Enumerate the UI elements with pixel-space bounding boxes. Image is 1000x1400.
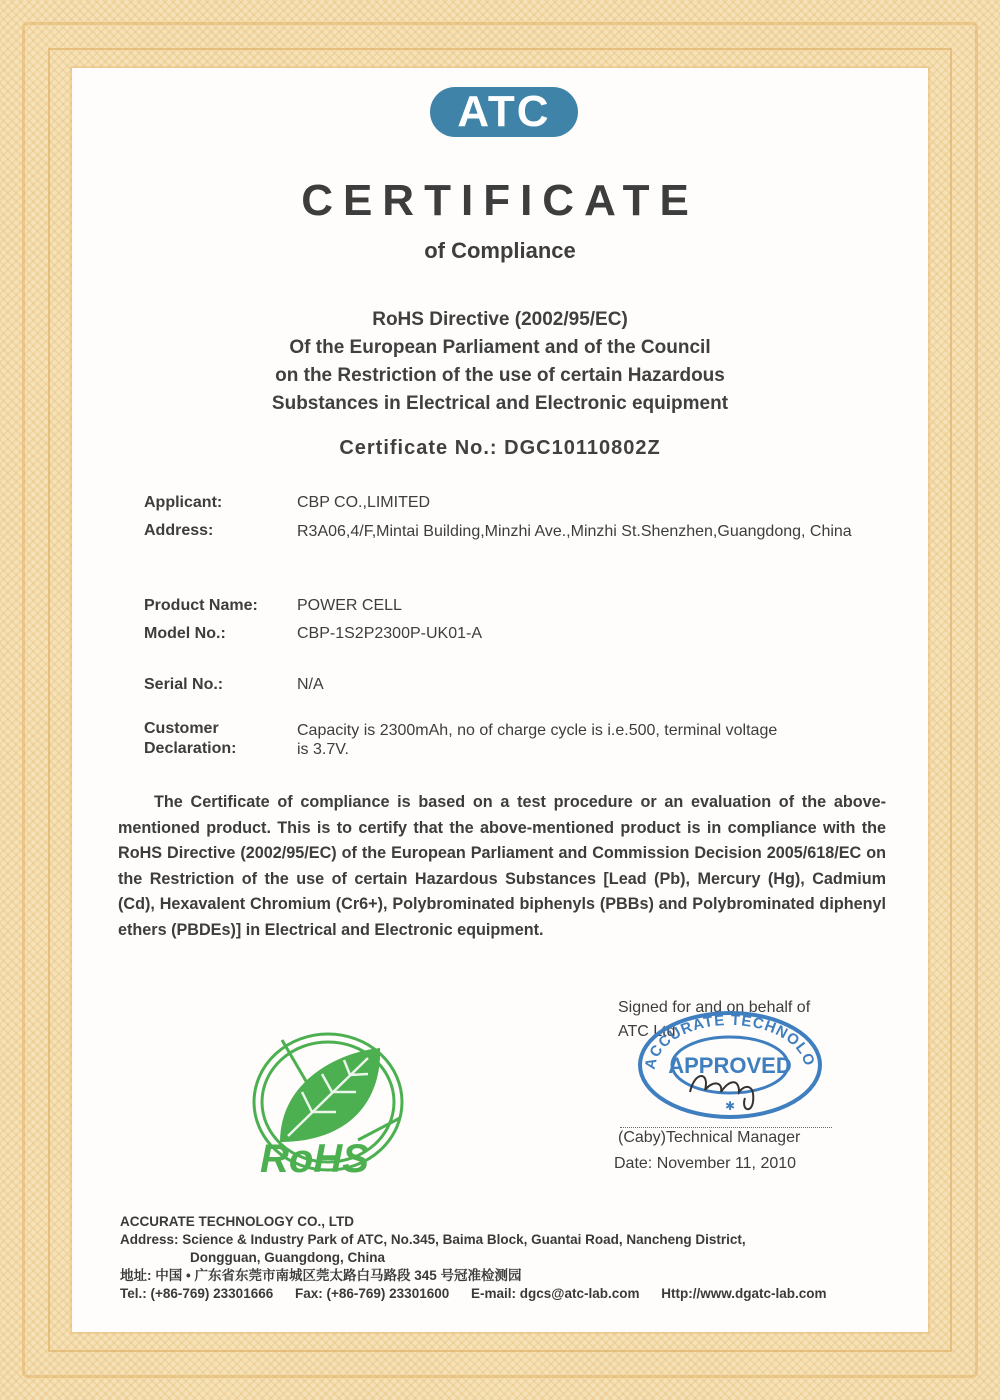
svg-text:✱: ✱ xyxy=(725,1099,735,1113)
address-label: Address: xyxy=(144,522,213,540)
certificate-title: CERTIFICATE xyxy=(0,176,1000,226)
certificate-number: Certificate No.: DGC10110802Z xyxy=(0,437,1000,460)
issuer-company: ACCURATE TECHNOLOGY CO., LTD xyxy=(120,1213,900,1231)
issuer-email[interactable]: E-mail: dgcs@atc-lab.com xyxy=(471,1286,639,1301)
issuer-contacts: Tel.: (+86-769) 23301666 Fax: (+86-769) … xyxy=(120,1285,900,1303)
customer-declaration-label: Customer Declaration: xyxy=(144,719,236,759)
directive-heading: RoHS Directive (2002/95/EC) Of the Europ… xyxy=(0,306,1000,418)
atc-logo: ATC xyxy=(430,87,578,137)
rohs-leaf-logo: RoHS xyxy=(240,1030,410,1180)
directive-line: Substances in Electrical and Electronic … xyxy=(0,390,1000,418)
address-value: R3A06,4/F,Mintai Building,Minzhi Ave.,Mi… xyxy=(297,519,867,545)
issuer-footer: ACCURATE TECHNOLOGY CO., LTD Address: Sc… xyxy=(120,1213,900,1303)
model-no-label: Model No.: xyxy=(144,625,226,643)
issuer-fax: Fax: (+86-769) 23301600 xyxy=(295,1286,449,1301)
issue-date: Date: November 11, 2010 xyxy=(614,1155,796,1173)
certificate-subtitle: of Compliance xyxy=(0,238,1000,264)
label-line: Declaration: xyxy=(144,739,236,759)
issuer-tel: Tel.: (+86-769) 23301666 xyxy=(120,1286,273,1301)
applicant-label: Applicant: xyxy=(144,494,222,512)
rohs-text: RoHS xyxy=(260,1137,369,1180)
serial-no-label: Serial No.: xyxy=(144,676,223,694)
model-no-value: CBP-1S2P2300P-UK01-A xyxy=(297,621,877,647)
issuer-address-cn: 地址: 中国 • 广东省东莞市南城区莞太路白马路段 345 号冠准检测园 xyxy=(120,1267,900,1285)
label-line: Customer xyxy=(144,719,236,739)
applicant-value: CBP CO.,LIMITED xyxy=(297,490,877,516)
product-name-value: POWER CELL xyxy=(297,593,877,619)
technical-manager: (Caby)Technical Manager xyxy=(618,1129,800,1147)
serial-no-value: N/A xyxy=(297,672,877,698)
issuer-website[interactable]: Http://www.dgatc-lab.com xyxy=(661,1286,826,1301)
directive-line: Of the European Parliament and of the Co… xyxy=(0,334,1000,362)
directive-line: on the Restriction of the use of certain… xyxy=(0,362,1000,390)
issuer-address: Address: Science & Industry Park of ATC,… xyxy=(120,1231,900,1249)
directive-line: RoHS Directive (2002/95/EC) xyxy=(0,306,1000,334)
customer-declaration-value: Capacity is 2300mAh, no of charge cycle … xyxy=(297,721,787,759)
compliance-statement: The Certificate of compliance is based o… xyxy=(118,790,886,943)
signature-line xyxy=(620,1127,832,1128)
approved-stamp: ACCURATE TECHNOLOGY CO.,LTD. APPROVED ✱ xyxy=(635,1010,825,1120)
svg-text:APPROVED: APPROVED xyxy=(668,1053,791,1078)
product-name-label: Product Name: xyxy=(144,597,258,615)
issuer-address-cont: Dongguan, Guangdong, China xyxy=(120,1249,900,1267)
